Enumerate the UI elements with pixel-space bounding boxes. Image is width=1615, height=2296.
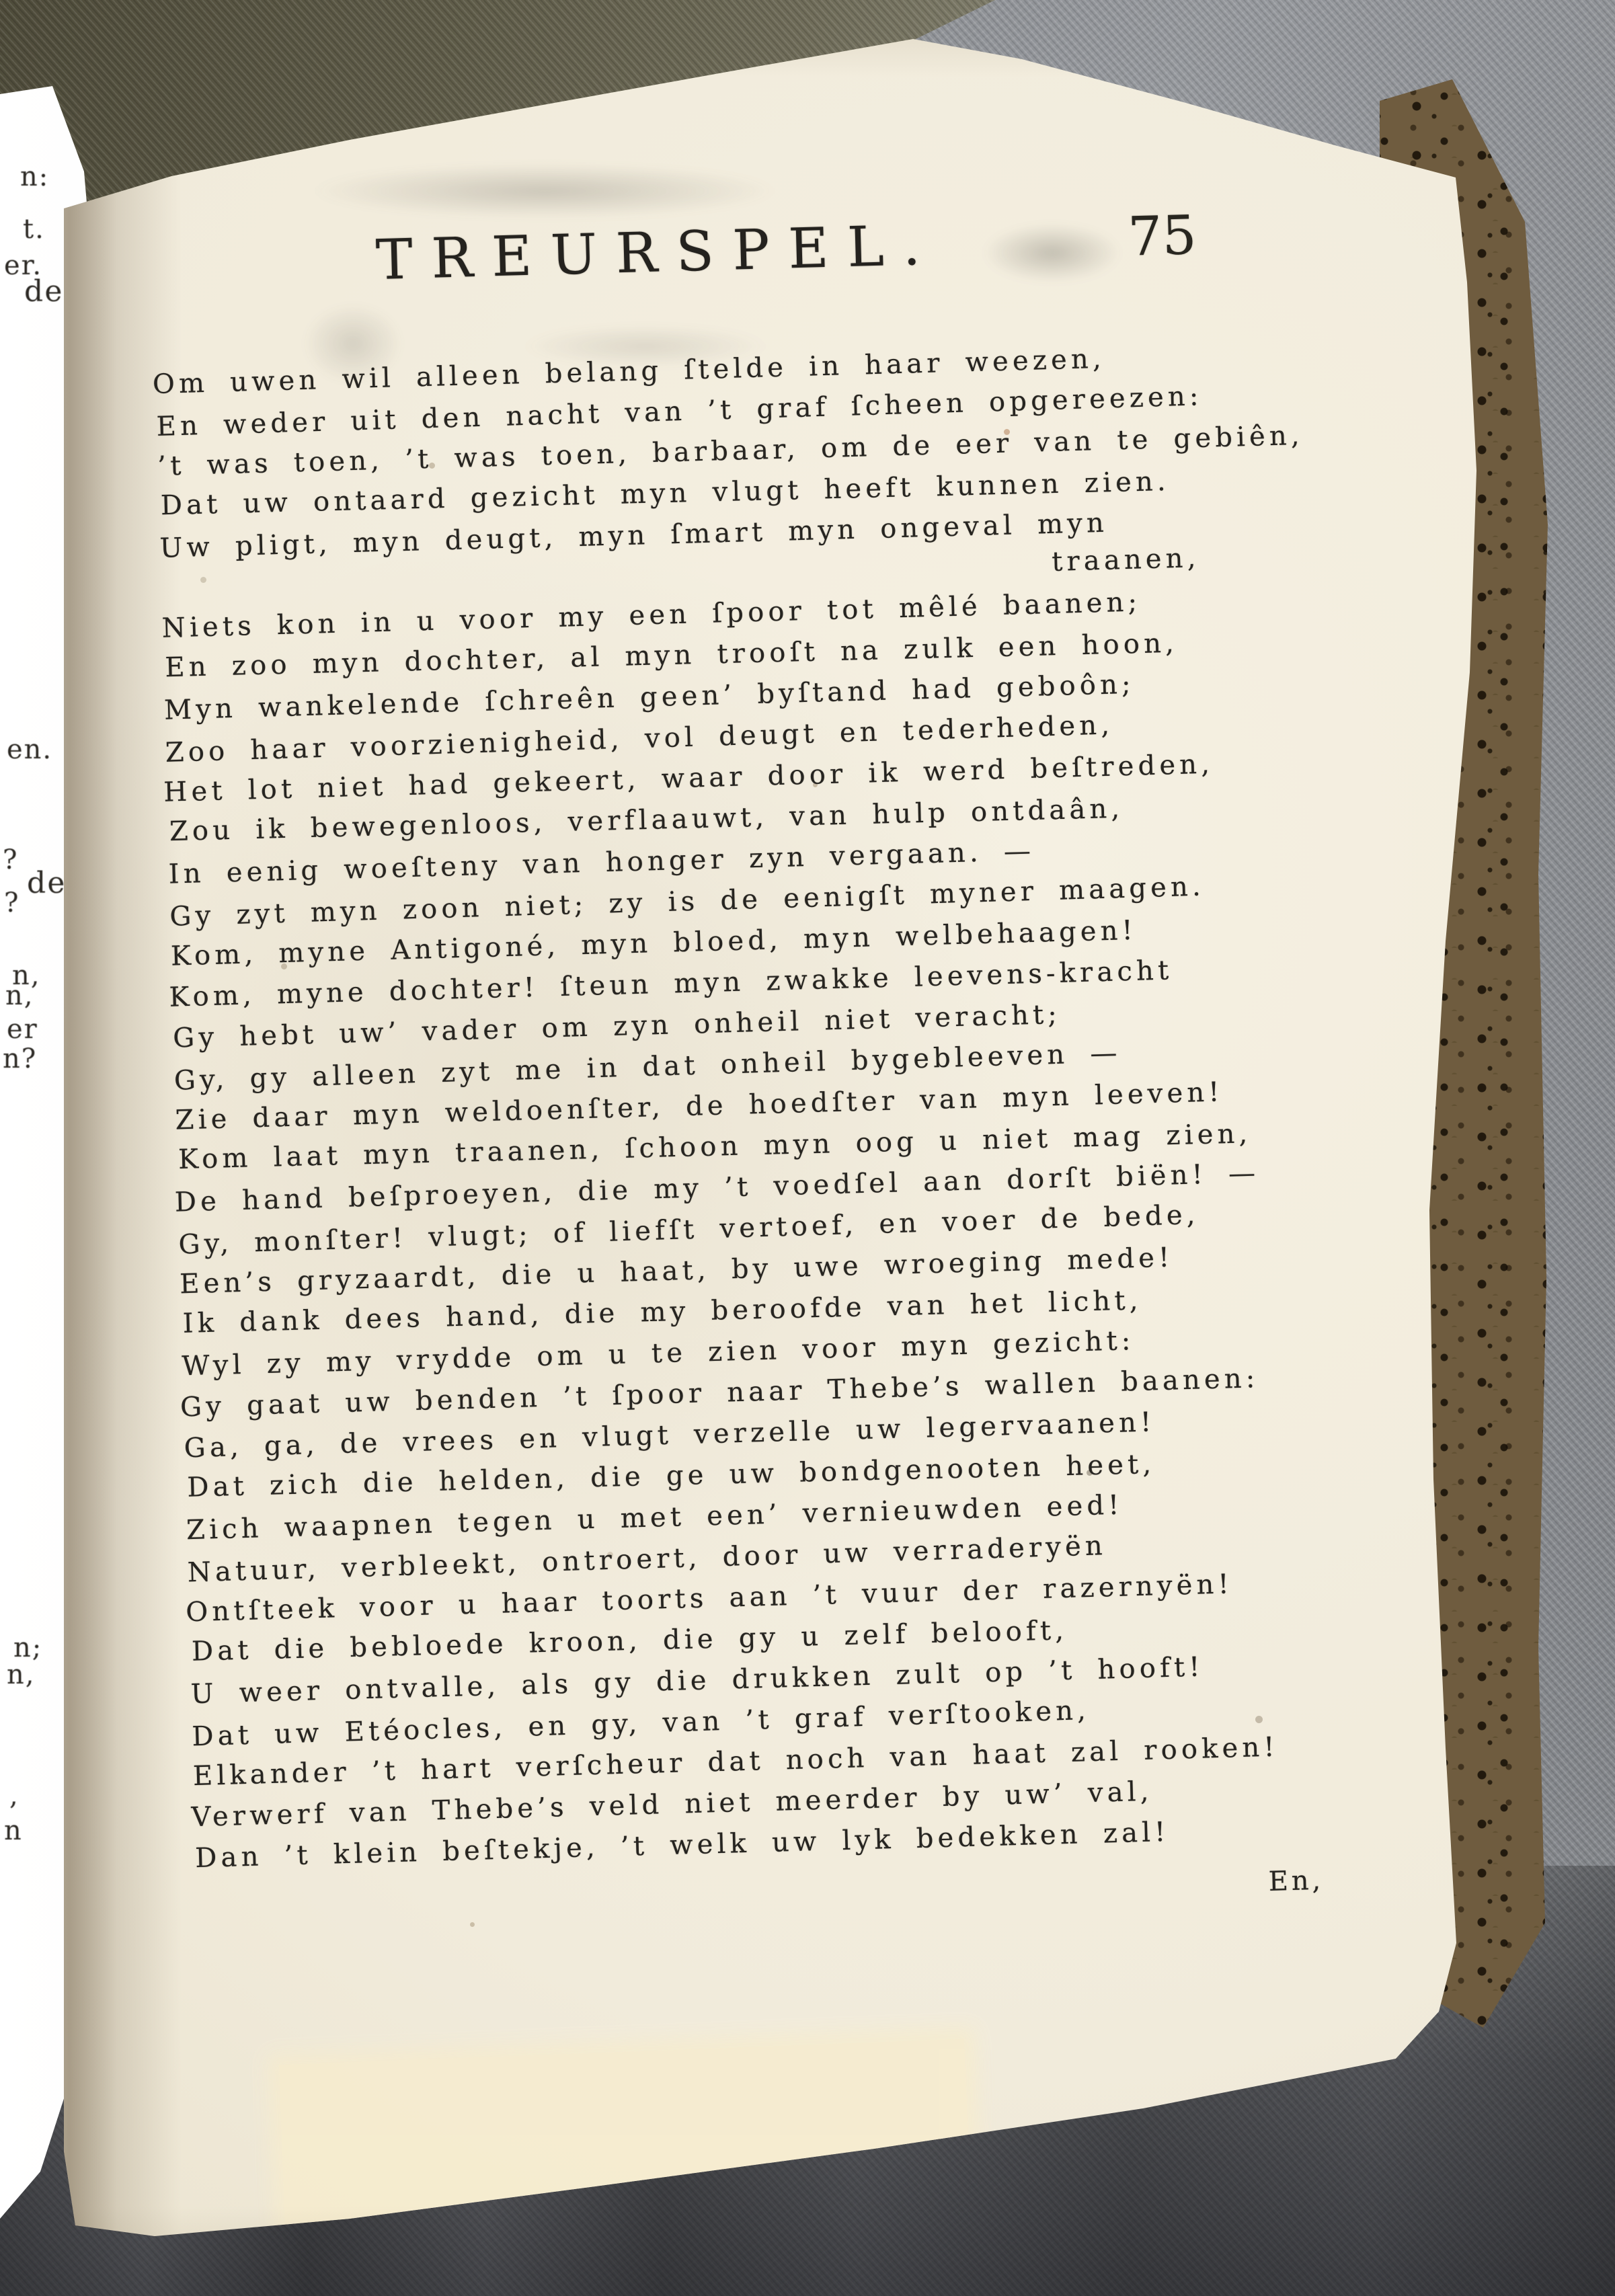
facing-line-fragment: n? [3,1043,37,1074]
running-title: TREURSPEL. [375,218,940,288]
facing-line-fragment: de [24,274,64,309]
page-content: TREURSPEL. 75 Om uwen wil alleen belang … [151,203,1390,2184]
facing-line-fragment: ? [3,844,18,875]
poem-text-block: Om uwen wil alleen belang ſtelde in haar… [155,332,1382,1879]
book-page-photo: n: t. er. de en. ? de ? n, n, er n? n; n… [0,0,1615,2296]
facing-line-fragment: de [27,866,67,900]
page-number: 75 [1128,208,1197,264]
facing-line-fragment: n, [5,980,34,1011]
book-page: TREURSPEL. 75 Om uwen wil alleen belang … [0,0,1615,2296]
facing-line-fragment: ? [4,887,19,918]
facing-line-fragment: n [4,1815,23,1846]
facing-line-fragment: , [9,1780,19,1811]
catchword: En, [1268,1863,1383,1897]
facing-line-fragment: er [7,1014,38,1045]
facing-line-fragment: n: [20,161,49,192]
facing-line-fragment: t. [23,214,45,245]
facing-line-fragment: n, [7,1659,35,1690]
facing-line-fragment: en. [7,734,52,765]
